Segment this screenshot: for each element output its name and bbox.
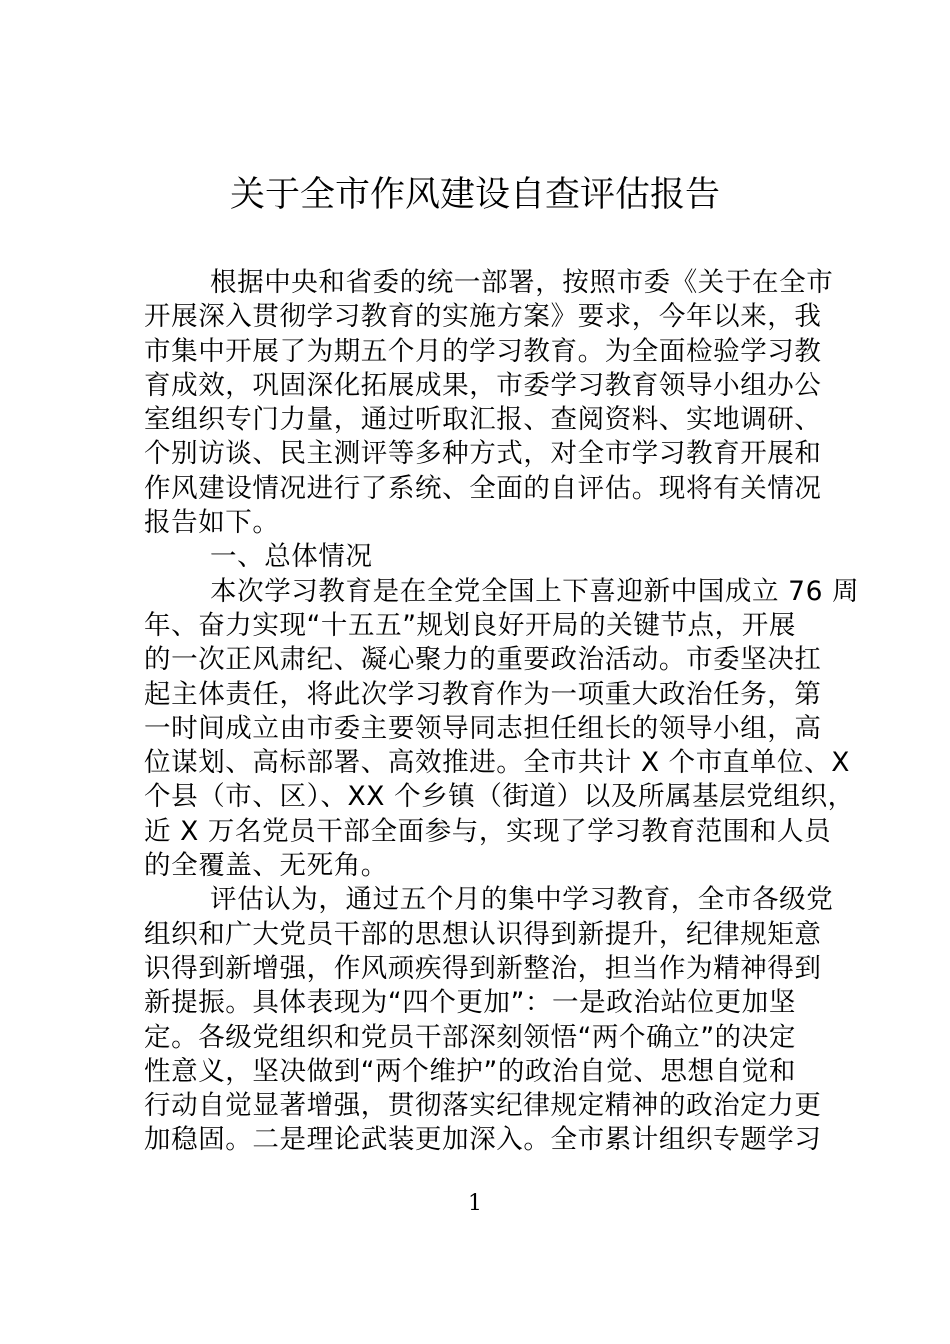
body-line: 起主体责任，将此次学习教育作为一项重大政治任务，第: [144, 678, 824, 712]
body-line: 评估认为，通过五个月的集中学习教育，全市各级党: [144, 883, 824, 917]
body-line: 年、奋力实现“十五五”规划良好开局的关键节点，开展: [144, 609, 824, 643]
body-line: 识得到新增强，作风顽疾得到新整治，担当作为精神得到: [144, 952, 824, 986]
body-line: 开展深入贯彻学习教育的实施方案》要求，今年以来，我: [144, 300, 824, 334]
body-line: 新提振。具体表现为“四个更加”：一是政治站位更加坚: [144, 986, 824, 1020]
body-line: 性意义，坚决做到“两个维护”的政治自觉、思想自觉和: [144, 1055, 824, 1089]
body-line: 作风建设情况进行了系统、全面的自评估。现将有关情况: [144, 472, 824, 506]
body-line: 市集中开展了为期五个月的学习教育。为全面检验学习教: [144, 335, 824, 369]
body-line: 个县（市、区）、XX 个乡镇（街道）以及所属基层党组织，: [144, 780, 824, 814]
page-number: 1: [0, 1190, 950, 1218]
body-line: 一时间成立由市委主要领导同志担任组长的领导小组，高: [144, 712, 824, 746]
body-line: 行动自觉显著增强，贯彻落实纪律规定精神的政治定力更: [144, 1089, 824, 1123]
document-title: 关于全市作风建设自查评估报告: [0, 172, 950, 218]
body-line: 定。各级党组织和党员干部深刻领悟“两个确立”的决定: [144, 1021, 824, 1055]
section-heading: 一、总体情况: [144, 540, 824, 574]
body-line: 加稳固。二是理论武装更加深入。全市累计组织专题学习: [144, 1123, 824, 1157]
body-line: 个别访谈、民主测评等多种方式，对全市学习教育开展和: [144, 437, 824, 471]
body-line: 近 X 万名党员干部全面参与，实现了学习教育范围和人员: [144, 815, 824, 849]
body-line: 室组织专门力量，通过听取汇报、查阅资料、实地调研、: [144, 403, 824, 437]
document-body: 根据中央和省委的统一部署，按照市委《关于在全市 开展深入贯彻学习教育的实施方案》…: [144, 266, 824, 1158]
body-line: 组织和广大党员干部的思想认识得到新提升，纪律规矩意: [144, 918, 824, 952]
body-line: 的全覆盖、无死角。: [144, 849, 824, 883]
body-line: 的一次正风肃纪、凝心聚力的重要政治活动。市委坚决扛: [144, 643, 824, 677]
body-line: 位谋划、高标部署、高效推进。全市共计 X 个市直单位、X: [144, 746, 824, 780]
document-page: 关于全市作风建设自查评估报告 根据中央和省委的统一部署，按照市委《关于在全市 开…: [0, 0, 950, 1344]
body-line: 本次学习教育是在全党全国上下喜迎新中国成立 76 周: [144, 575, 824, 609]
body-line: 育成效，巩固深化拓展成果，市委学习教育领导小组办公: [144, 369, 824, 403]
body-line: 报告如下。: [144, 506, 824, 540]
body-line: 根据中央和省委的统一部署，按照市委《关于在全市: [144, 266, 824, 300]
